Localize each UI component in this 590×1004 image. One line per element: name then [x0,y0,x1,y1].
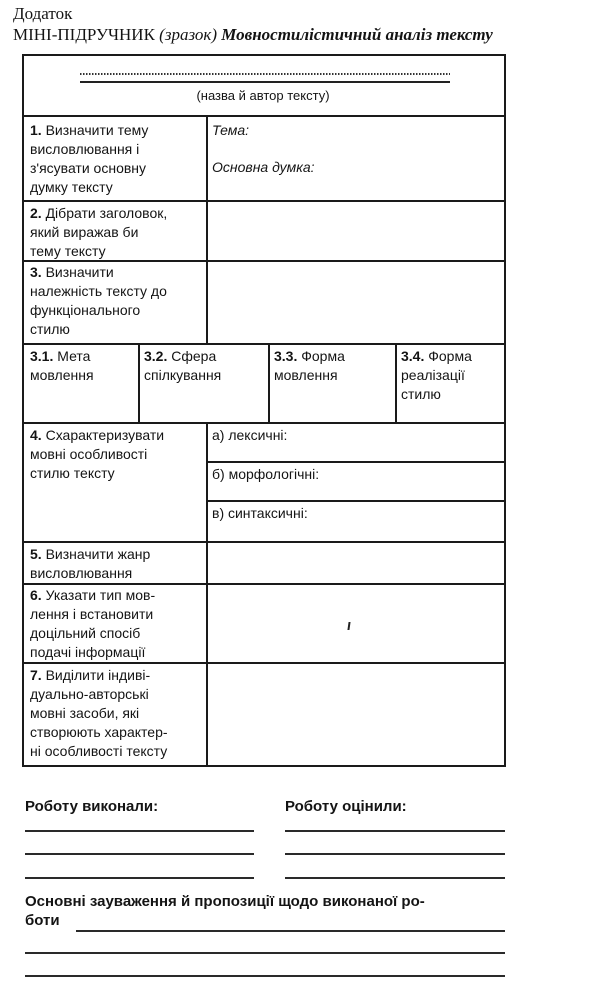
subtask-number: 3.4. [401,348,424,364]
document-title: МІНІ-ПІДРУЧНИК (зразок) Мовностилістични… [13,25,493,45]
subtask-text: Мета [57,348,90,364]
title-main: МІНІ-ПІДРУЧНИК [13,25,155,44]
title-sample: (зразок) [159,25,217,44]
task-text: стилю тексту [30,464,164,483]
theme-answer-field[interactable] [208,140,502,156]
subtask-text: мовлення [30,366,94,385]
syntactic-label: в) синтаксичні: [212,504,308,523]
evaluated-by-line-3[interactable] [285,877,505,879]
task-number: 1. [30,122,42,138]
task-text: Визначити тему [46,122,149,138]
task-text: з'ясувати основну [30,159,148,178]
subtask-3-2[interactable]: 3.2. Сфера спілкування [144,347,221,385]
task-number: 3. [30,264,42,280]
task-text: Визначити [46,264,114,280]
task-text: лення і встановити [30,605,155,624]
genre-answer-field[interactable] [208,543,502,581]
evaluated-by-line-2[interactable] [285,853,505,855]
comments-line-2[interactable] [25,952,505,954]
task-1: 1. Визначити тему висловлювання і з'ясув… [30,121,148,197]
task-text: Дібрати заголовок, [46,205,168,221]
row-divider [22,422,506,424]
task-text: Схарактеризувати [46,427,165,443]
task-text: дуально-авторські [30,685,168,704]
comments-label-line-1: Основні зауваження й пропозиції щодо вик… [25,893,425,910]
task-text: Виділити індиві- [46,667,151,683]
row-divider [206,461,506,463]
theme-label: Тема: [212,121,249,140]
task-text: висловлювання [30,564,150,583]
subtask-text: Форма [301,348,345,364]
row-divider [206,500,506,502]
main-idea-label: Основна думка: [212,158,315,177]
morphological-label: б) морфологічні: [212,465,319,484]
style-answer-field[interactable] [208,262,502,342]
task-number: 7. [30,667,42,683]
task-text: мовні засоби, які [30,704,168,723]
task-text: належність тексту до [30,282,167,301]
table-border-left [22,54,24,767]
title-caption: (назва й автор тексту) [22,88,504,103]
performed-by-line-1[interactable] [25,830,254,832]
task-text: тему тексту [30,242,167,261]
column-divider [268,343,270,423]
task-number: 4. [30,427,42,443]
row-divider [22,115,506,117]
main-idea-answer-field[interactable] [208,178,502,198]
task-number: 6. [30,587,42,603]
comments-line-1[interactable] [76,930,505,932]
task-number: 2. [30,205,42,221]
comments-label-line-2: боти [25,912,60,929]
subtask-text: Форма [428,348,472,364]
subtask-number: 3.3. [274,348,297,364]
subtask-3-3[interactable]: 3.3. Форма мовлення [274,347,345,385]
author-means-answer-field[interactable] [208,664,502,764]
subtask-text: реалізації [401,366,472,385]
task-3: 3. Визначити належність тексту до функці… [30,263,167,339]
task-text: висловлювання і [30,140,148,159]
task-text: Визначити жанр [46,546,151,562]
subtask-text: стилю [401,385,472,404]
subtask-text: спілкування [144,366,221,385]
performed-by-line-2[interactable] [25,853,254,855]
column-divider [138,343,140,423]
subtask-number: 3.2. [144,348,167,364]
task-number: 5. [30,546,42,562]
title-answer-field[interactable] [208,202,502,258]
performed-by-label: Роботу виконали: [25,798,158,815]
lexical-label: а) лексичні: [212,426,287,445]
title-fill-line [80,81,450,83]
appendix-label: Додаток [13,4,72,24]
subtask-number: 3.1. [30,348,53,364]
title-fill-dotted-line[interactable] [80,73,450,75]
comments-line-3[interactable] [25,975,505,977]
task-text: подачі інформації [30,643,155,662]
task-text: мовні особливості [30,445,164,464]
table-border-top [22,54,506,56]
subtask-3-4[interactable]: 3.4. Форма реалізації стилю [401,347,472,404]
title-subject: Мовностилістичний аналіз тексту [221,25,493,44]
task-text: функціонального [30,301,167,320]
speech-type-answer-field[interactable] [208,585,502,660]
subtask-text: мовлення [274,366,345,385]
table-border-right [504,54,506,767]
task-text: думку тексту [30,178,148,197]
task-text: створюють характер- [30,723,168,742]
column-divider [395,343,397,423]
row-divider [22,343,506,345]
subtask-text: Сфера [171,348,216,364]
task-text: доцільний спосіб [30,624,155,643]
performed-by-line-3[interactable] [25,877,254,879]
table-border-bottom [22,765,506,767]
task-5: 5. Визначити жанр висловлювання [30,545,150,583]
subtask-3-1[interactable]: 3.1. Мета мовлення [30,347,94,385]
task-text: стилю [30,320,167,339]
task-text: ні особливості тексту [30,742,168,761]
evaluated-by-line-1[interactable] [285,830,505,832]
task-7: 7. Виділити індиві- дуально-авторські мо… [30,666,168,761]
evaluated-by-label: Роботу оцінили: [285,798,407,815]
task-text: Указати тип мов- [46,587,156,603]
task-4: 4. Схарактеризувати мовні особливості ст… [30,426,164,483]
task-2: 2. Дібрати заголовок, який виражав би те… [30,204,167,261]
task-6: 6. Указати тип мов- лення і встановити д… [30,586,155,662]
task-text: який виражав би [30,223,167,242]
